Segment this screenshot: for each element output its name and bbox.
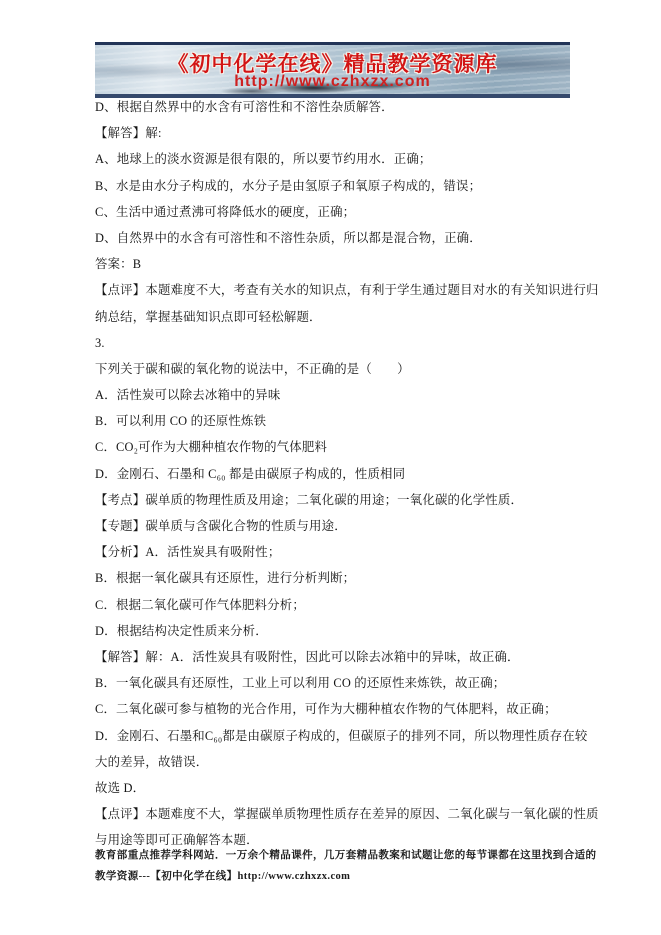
document-page: 《初中化学在线》精品教学资源库 http://www.czhxzx.com D、… <box>0 0 661 935</box>
doc-line-selected-answer: 故选 D． <box>95 775 575 801</box>
doc-line-jieda-c: C．二氧化碳可参与植物的光合作用，可作为大棚种植农作物的气体肥料，故正确； <box>95 696 575 722</box>
site-banner[interactable]: 《初中化学在线》精品教学资源库 http://www.czhxzx.com <box>95 42 570 98</box>
doc-line-answer-b: B、水是由水分子构成的，水分子是由氢原子和氧原子构成的，错误； <box>95 173 575 199</box>
doc-line-zhuanti: 【专题】碳单质与含碳化合物的性质与用途． <box>95 513 575 539</box>
question-stem: 下列关于碳和碳的氧化物的说法中，不正确的是（ ） <box>95 356 575 382</box>
doc-line-fenxi-d: D．根据结构决定性质来分析． <box>95 618 575 644</box>
footer-source-label: 教学资源---【初中化学在线】 <box>95 871 238 882</box>
option-d: D．金刚石、石墨和 C₆₀ 都是由碳原子构成的，性质相同 <box>95 461 575 487</box>
doc-line-answer-a: A、地球上的淡水资源是很有限的，所以要节约用水．正确； <box>95 146 575 172</box>
doc-line-answer-c: C、生活中通过煮沸可将降低水的硬度，正确； <box>95 199 575 225</box>
option-c: C．CO₂可作为大棚种植农作物的气体肥料 <box>95 434 575 460</box>
option-a: A．活性炭可以除去冰箱中的异味 <box>95 382 575 408</box>
doc-line-fenxi-c: C．根据二氧化碳可作气体肥料分析； <box>95 592 575 618</box>
banner-url[interactable]: http://www.czhxzx.com <box>95 73 570 91</box>
doc-line-explain-d: D、根据自然界中的水含有可溶性和不溶性杂质解答． <box>95 94 575 120</box>
doc-line-jieda-a: 【解答】解：A．活性炭具有吸附性，因此可以除去冰箱中的异味，故正确． <box>95 644 575 670</box>
doc-line-answer-header: 【解答】解: <box>95 120 575 146</box>
document-body: D、根据自然界中的水含有可溶性和不溶性杂质解答． 【解答】解: A、地球上的淡水… <box>95 94 575 853</box>
banner-top-bar <box>95 42 570 45</box>
doc-line-jieda-b: B．一氧化碳具有还原性，工业上可以利用 CO 的还原性来炼铁，故正确； <box>95 670 575 696</box>
footer-url[interactable]: http://www.czhxzx.com <box>238 871 351 882</box>
doc-line-comment2-1: 【点评】本题难度不大，掌握碳单质物理性质存在差异的原因、二氧化碳与一氧化碳的性质 <box>95 801 575 827</box>
doc-line-kaodian: 【考点】碳单质的物理性质及用途；二氧化碳的用途；一氧化碳的化学性质． <box>95 487 575 513</box>
doc-line-comment-2: 纳总结，掌握基础知识点即可轻松解题． <box>95 304 575 330</box>
doc-line-final-answer: 答案：B <box>95 251 575 277</box>
doc-line-comment-1: 【点评】本题难度不大，考查有关水的知识点，有利于学生通过题目对水的有关知识进行归 <box>95 277 575 303</box>
page-footer: 教育部重点推荐学科网站．一万余个精品课件，几万套精品教案和试题让您的每节课都在这… <box>95 846 575 887</box>
option-b: B．可以利用 CO 的还原性炼铁 <box>95 408 575 434</box>
doc-line-jieda-d2: 大的差异，故错误． <box>95 749 575 775</box>
footer-source-line: 教学资源---【初中化学在线】http://www.czhxzx.com <box>95 867 575 888</box>
question-number: 3. <box>95 330 575 356</box>
doc-line-jieda-d1: D．金刚石、石墨和C₆₀都是由碳原子构成的，但碳原子的排列不同，所以物理性质存在… <box>95 723 575 749</box>
footer-promo-text: 教育部重点推荐学科网站．一万余个精品课件，几万套精品教案和试题让您的每节课都在这… <box>95 846 575 867</box>
doc-line-answer-d: D、自然界中的水含有可溶性和不溶性杂质，所以都是混合物，正确． <box>95 225 575 251</box>
doc-line-fenxi-b: B．根据一氧化碳具有还原性，进行分析判断； <box>95 565 575 591</box>
doc-line-fenxi-a: 【分析】A．活性炭具有吸附性； <box>95 539 575 565</box>
